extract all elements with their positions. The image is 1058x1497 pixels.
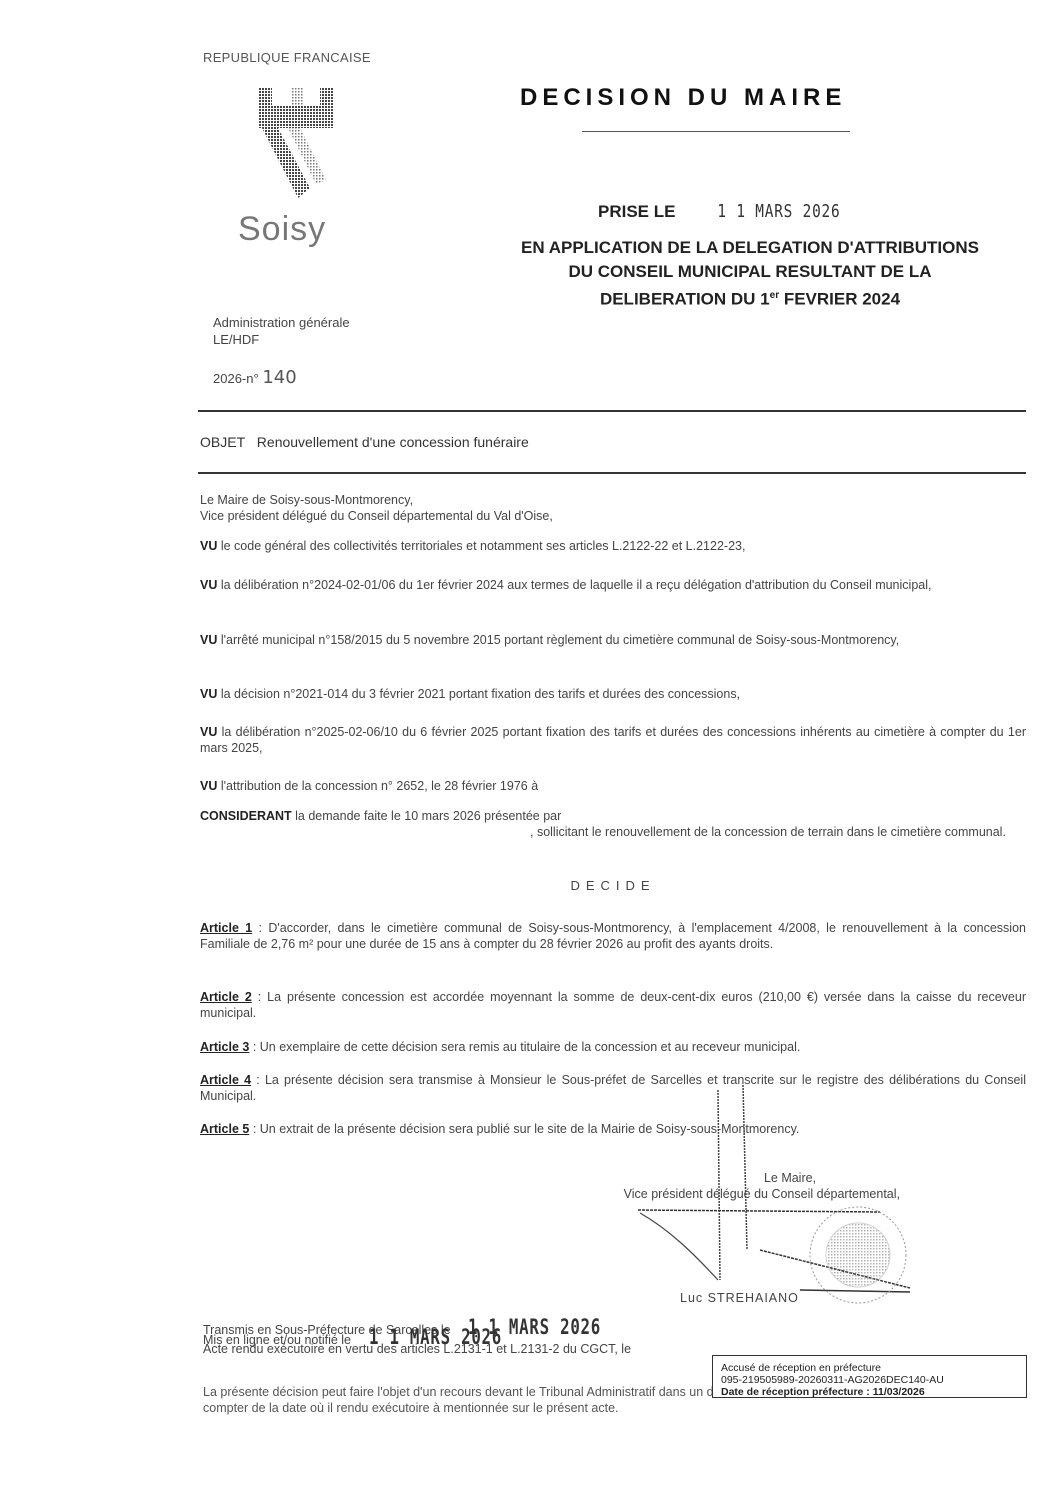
decision-number: 2026-n° 140 — [213, 367, 297, 388]
article-1: Article 1 : D'accorder, dans le cimetièr… — [200, 920, 1026, 952]
delegation-heading: EN APPLICATION DE LA DELEGATION D'ATTRIB… — [470, 236, 1030, 312]
article-2: Article 2 : La présente concession est a… — [200, 989, 1026, 1021]
mayor-subtitle: Vice président délégué du Conseil départ… — [624, 1187, 900, 1201]
mayor-title: Le Maire, — [560, 1170, 900, 1186]
handwritten-number: 140 — [262, 367, 296, 388]
signature-block: Le Maire, Vice président délégué du Cons… — [560, 1170, 900, 1202]
logo-text: Soisy — [238, 210, 326, 249]
service-block: Administration générale LE/HDF — [213, 314, 350, 348]
preamble: Le Maire de Soisy-sous-Montmorency, Vice… — [200, 492, 1026, 524]
top-divider — [198, 410, 1026, 412]
delegation-line-3: DELIBERATION DU 1er FEVRIER 2024 — [470, 284, 1030, 312]
accuse-reception-box: Accusé de réception en préfecture 095-21… — [712, 1355, 1027, 1398]
delegation-line-2: DU CONSEIL MUNICIPAL RESULTANT DE LA — [470, 260, 1030, 284]
ar-identifier: 095-219505989-20260311-AG2026DEC140-AU — [721, 1374, 1026, 1386]
visa-3: VU l'arrêté municipal n°158/2015 du 5 no… — [200, 632, 1026, 648]
decision-date-line: PRISE LE 1 1 MARS 2026 — [598, 201, 856, 222]
soisy-tower-logo-icon: Soisy — [250, 88, 350, 263]
republic-heading: REPUBLIQUE FRANCAISE — [203, 50, 371, 65]
ar-title: Accusé de réception en préfecture — [721, 1362, 1026, 1374]
objet-divider — [198, 472, 1026, 474]
prise-le-label: PRISE LE — [598, 202, 675, 221]
article-3: Article 3 : Un exemplaire de cette décis… — [200, 1039, 1026, 1055]
visa-6: VU l'attribution de la concession n° 265… — [200, 778, 1026, 794]
transmission-block: Transmis en Sous-Préfecture de Sarcelles… — [203, 1320, 645, 1357]
page-title: DECISION DU MAIRE — [520, 84, 846, 112]
visa-2: VU la délibération n°2024-02-01/06 du 1e… — [200, 577, 1026, 593]
title-divider — [582, 131, 850, 132]
decision-date-stamp: 1 1 MARS 2026 — [718, 201, 841, 222]
delegation-line-1: EN APPLICATION DE LA DELEGATION D'ATTRIB… — [470, 236, 1030, 260]
department: Administration générale — [213, 314, 350, 331]
reference: LE/HDF — [213, 331, 350, 348]
objet-text: Renouvellement d'une concession funérair… — [257, 434, 529, 450]
mis-en-ligne-date-stamp: 1 1 MARS 2026 — [369, 1330, 502, 1345]
visa-5: VU la délibération n°2025-02-06/10 du 6 … — [200, 724, 1026, 756]
objet-label: OBJET — [200, 434, 245, 450]
considerant: CONSIDERANT la demande faite le 10 mars … — [200, 808, 1026, 840]
visa-4: VU la décision n°2021-014 du 3 février 2… — [200, 686, 1026, 702]
decide-heading: DECIDE — [200, 878, 1026, 893]
signatory-name: Luc STREHAIANO — [680, 1291, 799, 1305]
visa-1: VU le code général des collectivités ter… — [200, 538, 1026, 554]
objet-line: OBJET Renouvellement d'une concession fu… — [200, 434, 529, 450]
ar-date-line: Date de réception préfecture : 11/03/202… — [721, 1386, 1026, 1398]
